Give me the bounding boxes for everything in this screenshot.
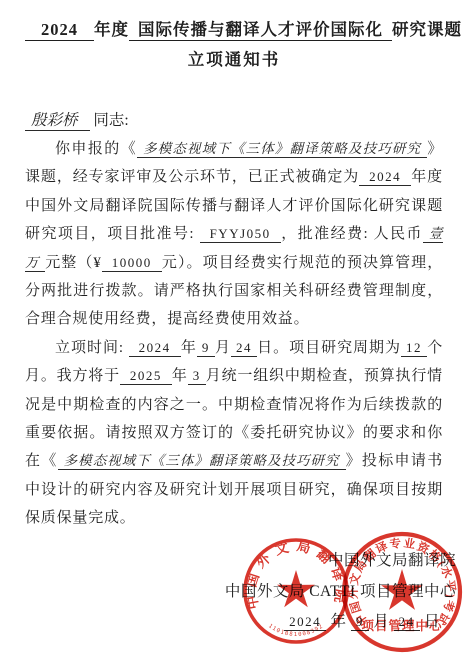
body-text: 月 (215, 340, 231, 356)
star-icon (381, 569, 423, 610)
title-program-fill: 国际传播与翻译人才评价国际化 (129, 20, 392, 41)
body-text: 你申报的《 (55, 141, 137, 157)
body-text: 年 (181, 340, 197, 356)
project-title-fill: 多模态视域下《三体》翻译策略及技巧研究 (58, 453, 346, 470)
review-month-fill: 3 (188, 368, 206, 385)
svg-text:1101081008392: 1101081008392 (267, 623, 325, 638)
start-year-fill: 2024 (129, 340, 181, 357)
paragraph-approval: 你申报的《多模态视域下《三体》翻译策略及技巧研究》课题，经专家评审及公示环节，已… (25, 135, 443, 334)
title-suffix: 研究课题 (392, 20, 462, 39)
star-icon (277, 570, 315, 607)
body-text: 元整（¥ (45, 255, 101, 271)
official-seal-translation-institute: 中国外文局翻译院 1101081008392 (241, 536, 351, 646)
body-text: ，批准经费: 人民币 (281, 226, 423, 242)
body-text: 立项时间: (55, 340, 129, 356)
title-year-label: 年度 (94, 20, 129, 39)
document-title-line2: 立项通知书 (25, 46, 443, 73)
seal-serial-number: 1101081008392 (267, 623, 325, 638)
approval-year-fill: 2024 (359, 169, 411, 186)
project-number-fill: FYYJ050 (200, 226, 281, 243)
amount-digits-fill: 10000 (102, 255, 162, 272)
document-content: 2024年度国际传播与翻译人才评价国际化研究课题 立项通知书 殷彩桥 同志: 你… (0, 0, 466, 533)
review-year-fill: 2025 (120, 368, 172, 385)
start-day-fill: 24 (231, 340, 257, 357)
body-text: 日。项目研究周期为 (257, 340, 401, 356)
document-title-line1: 2024年度国际传播与翻译人才评价国际化研究课题 (25, 16, 443, 43)
title-year-fill: 2024 (25, 20, 94, 41)
project-title-fill: 多模态视域下《三体》翻译策略及技巧研究 (137, 141, 427, 158)
official-seal-catti-center: 中国外文局翻译专业资格(水平)考试 项目管理中心 (339, 530, 465, 656)
body-text: 年 (172, 368, 188, 384)
duration-months-fill: 12 (401, 340, 427, 357)
seal-banner-text: 项目管理中心 (361, 618, 442, 633)
greeting-line: 殷彩桥 同志: (25, 107, 443, 135)
start-month-fill: 9 (197, 340, 215, 357)
greeting-suffix: 同志: (93, 112, 128, 129)
paragraph-schedule: 立项时间: 2024年9月24日。项目研究周期为12个月。我方将于2025年3月… (25, 334, 443, 533)
recipient-name-fill: 殷彩桥 (25, 112, 90, 131)
notice-document-page: 2024年度国际传播与翻译人才评价国际化研究课题 立项通知书 殷彩桥 同志: 你… (0, 0, 466, 658)
